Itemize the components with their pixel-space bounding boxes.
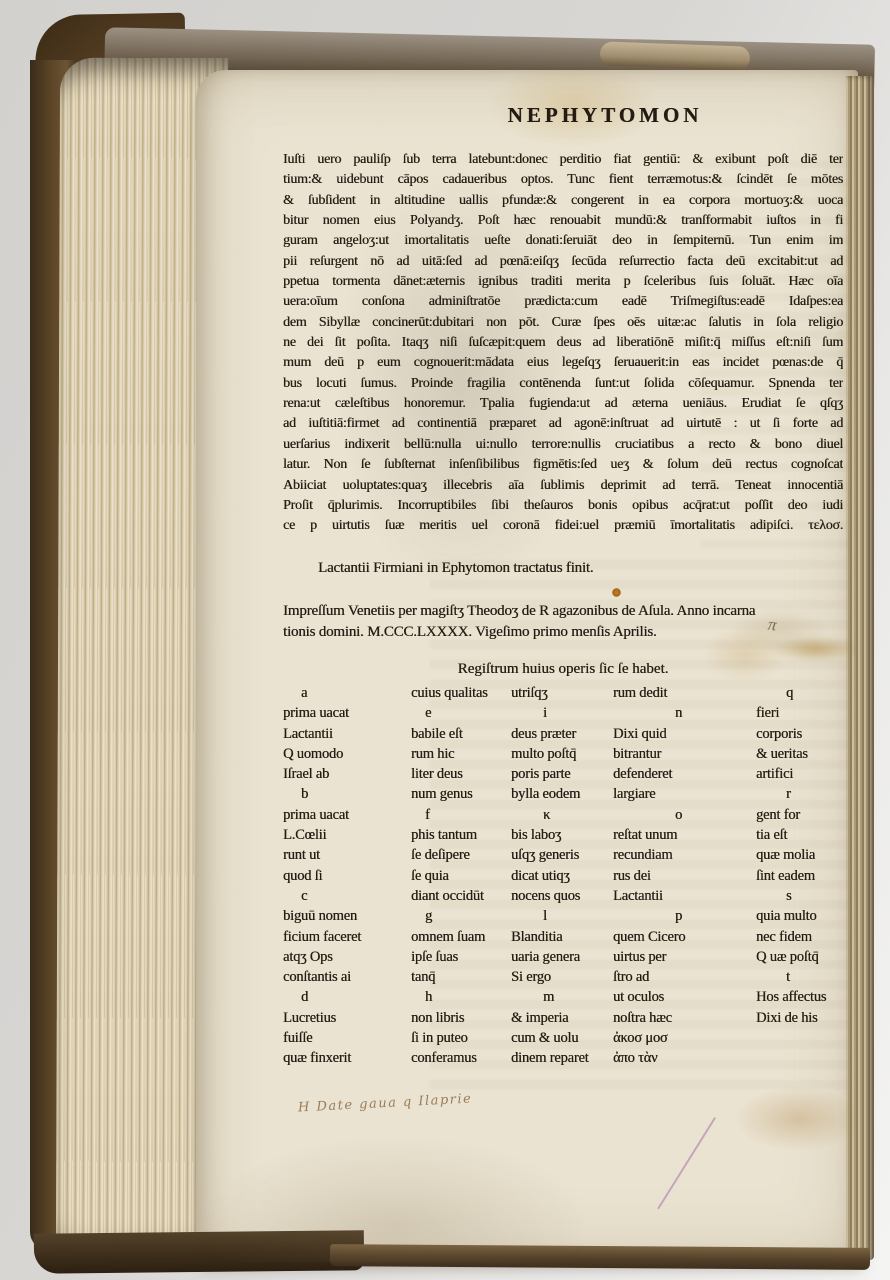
registrum-cell: tia eſt [756,825,845,845]
registrum-cell: rum dedit [613,683,756,703]
registrum-cell: phis tantum [411,825,511,845]
registrum-cell: runt ut [283,845,411,865]
registrum-cell: omnem ſuam [411,927,511,947]
body-line: guram angeloʒ:ut imortalitatis ueſte don… [283,231,843,251]
registrum-cell: ipſe ſuas [411,947,511,967]
book-photo: NEPHYTOMON Iuſti uero pauliſp ſub terra … [0,0,890,1280]
registrum-cell: & ueritas [756,744,845,764]
registrum-cell: largiare [613,784,756,804]
registrum-cell: κ [511,805,613,825]
registrum-cell: uirtus per [613,947,756,967]
registrum-cell: quæ molia [756,845,845,865]
body-line: rena:ut cæleſtibus honoremur. Tpalia fug… [283,394,843,414]
registrum-cell: i [511,703,613,723]
registrum-cell: ut oculos [613,987,756,1007]
registrum-cell: m [511,987,613,1007]
body-line: Proſit q̄plurimis. Incorruptibiles ſibi … [283,496,843,516]
registrum-cell: dicat utiqʒ [511,866,613,886]
registrum-cell: biguū nomen [283,906,411,926]
body-line: bitur nomen eius Polyandʒ. Poſt hæc reno… [283,211,843,231]
registrum-cell: t [756,967,845,987]
registrum-cell: rum hic [411,744,511,764]
registrum-cell: ἀκοσ μοσ [613,1028,756,1048]
registrum-cell: cum & uolu [511,1028,613,1048]
registrum-cell: quem Cicero [613,927,756,947]
registrum-cell: ſi in puteo [411,1028,511,1048]
registrum-cell: prima uacat [283,703,411,723]
registrum-cell: bylla eodem [511,784,613,804]
registrum-cell: deus præter [511,724,613,744]
body-line: Iuſti uero pauliſp ſub terra latebunt:do… [283,150,843,170]
body-line: tium:& uidebunt cāpos cadaueribus optos.… [283,170,843,190]
registrum-cell: conferamus [411,1048,511,1068]
registrum-cell: Lactantii [283,724,411,744]
registrum-cell: reſtat unum [613,825,756,845]
registrum-cell: q [756,683,845,703]
body-line: bus locuti ſumus. Proinde fragilia contē… [283,374,843,394]
body-line: uerſarius indixerit bellū:nulla ui:nullo… [283,435,843,455]
body-line: & ſubſident in altitudine uallis pfundæ:… [283,191,843,211]
registrum-cell: multo poſtq̄ [511,744,613,764]
registrum-cell: noſtra hæc [613,1008,756,1028]
body-line: Abiiciat uoluptates:quaʒ illecebris aīa … [283,476,843,496]
running-title: NEPHYTOMON [325,103,885,128]
registrum-cell: n [613,703,756,723]
registrum-cell: gent for [756,805,845,825]
registrum-cell: L.Cœlii [283,825,411,845]
registrum-cell: ſtro ad [613,967,756,987]
body-line: pii reſurgent nō ad uitā:ſed ad pœnā:eiſ… [283,252,843,272]
registrum-cell: diant occidūt [411,886,511,906]
registrum-cell: f [411,805,511,825]
registrum-cell: artifici [756,764,845,784]
registrum-cell: atqʒ Ops [283,947,411,967]
body-line: ppetua tormenta dānet:æternis ignibus tr… [283,272,843,292]
registrum-cell: Lactantii [613,886,756,906]
registrum-cell: bitrantur [613,744,756,764]
registrum-cell: c [283,886,411,906]
explicit-line: Lactantii Firmiani in Ephytomon tractatu… [318,560,593,577]
registrum-cell: fuiſſe [283,1028,411,1048]
registrum-cell: l [511,906,613,926]
foxing-spot [612,588,621,597]
registrum-cell: ſe quia [411,866,511,886]
body-line: ne dei ſit poſita. Itaqʒ niſi ſuſcæpit:q… [283,333,843,353]
registrum-cell: r [756,784,845,804]
registrum-cell: dinem reparet [511,1048,613,1068]
registrum-cell: quia multo [756,906,845,926]
registrum-cell: quæ finxerit [283,1048,411,1068]
registrum-cell: rus dei [613,866,756,886]
body-line: dem Sibyllæ concinerūt:dubitari non pōt.… [283,313,843,333]
registrum-cell: Q uæ poſtq̄ [756,947,845,967]
registrum-cell: p [613,906,756,926]
registrum-cell: poris parte [511,764,613,784]
registrum-cell: Iſrael ab [283,764,411,784]
registrum-cell: b [283,784,411,804]
registrum-cell: Dixi quid [613,724,756,744]
registrum-cell: uſqʒ generis [511,845,613,865]
body-line: mum deū p eum cognouerit:mādata eius leg… [283,353,843,373]
registrum-cell: ſe deſipere [411,845,511,865]
registrum-cell [756,1048,845,1068]
registrum-cell: ſint eadem [756,866,845,886]
registrum-cell: corporis [756,724,845,744]
registrum-cell: Q uomodo [283,744,411,764]
registrum-cell: babile eſt [411,724,511,744]
body-line: ad iuſtitiā:firmet ad continentiā præpar… [283,414,843,434]
body-line: latur. Non ſe ſubſternat inſenſibilibus … [283,455,843,475]
registrum-cell: defenderet [613,764,756,784]
registrum-heading: Regiſtrum huius operis ſic ſe habet. [283,661,843,678]
registrum-cell: & imperia [511,1008,613,1028]
registrum-cell: g [411,906,511,926]
registrum-cell: tanq̄ [411,967,511,987]
registrum-cell: Dixi de his [756,1008,845,1028]
registrum-cell: d [283,987,411,1007]
body-line: ce p uirtutis ſuæ meritis uel coronā fid… [283,516,843,536]
registrum-cell: ficium faceret [283,927,411,947]
registrum-cell: quod ſi [283,866,411,886]
registrum-cell: prima uacat [283,805,411,825]
body-text: Iuſti uero pauliſp ſub terra latebunt:do… [283,150,843,537]
registrum-cell: Hos affectus [756,987,845,1007]
registrum-cell: uaria genera [511,947,613,967]
registrum-cell: Si ergo [511,967,613,987]
registrum-cell: nec fidem [756,927,845,947]
registrum-cell: e [411,703,511,723]
registrum-cell: Blanditia [511,927,613,947]
registrum-cell: cuius qualitas [411,683,511,703]
registrum-cell: bis laboʒ [511,825,613,845]
registrum-cell [756,1028,845,1048]
registrum-table: acuius qualitasutriſqʒrum deditqprima ua… [283,683,845,1069]
registrum-cell: Lucretius [283,1008,411,1028]
registrum-cell: num genus [411,784,511,804]
registrum-cell: conſtantis ai [283,967,411,987]
registrum-cell: nocens quos [511,886,613,906]
body-line: uera:oīum conſona adminiſtratōe prædicta… [283,292,843,312]
registrum-cell: o [613,805,756,825]
registrum-cell: recundiam [613,845,756,865]
registrum-cell: s [756,886,845,906]
registrum-cell: liter deus [411,764,511,784]
registrum-cell: non libris [411,1008,511,1028]
registrum-cell: h [411,987,511,1007]
registrum-cell: utriſqʒ [511,683,613,703]
registrum-cell: ἀπο τὰν [613,1048,756,1068]
registrum-cell: fieri [756,703,845,723]
registrum-cell: a [283,683,411,703]
